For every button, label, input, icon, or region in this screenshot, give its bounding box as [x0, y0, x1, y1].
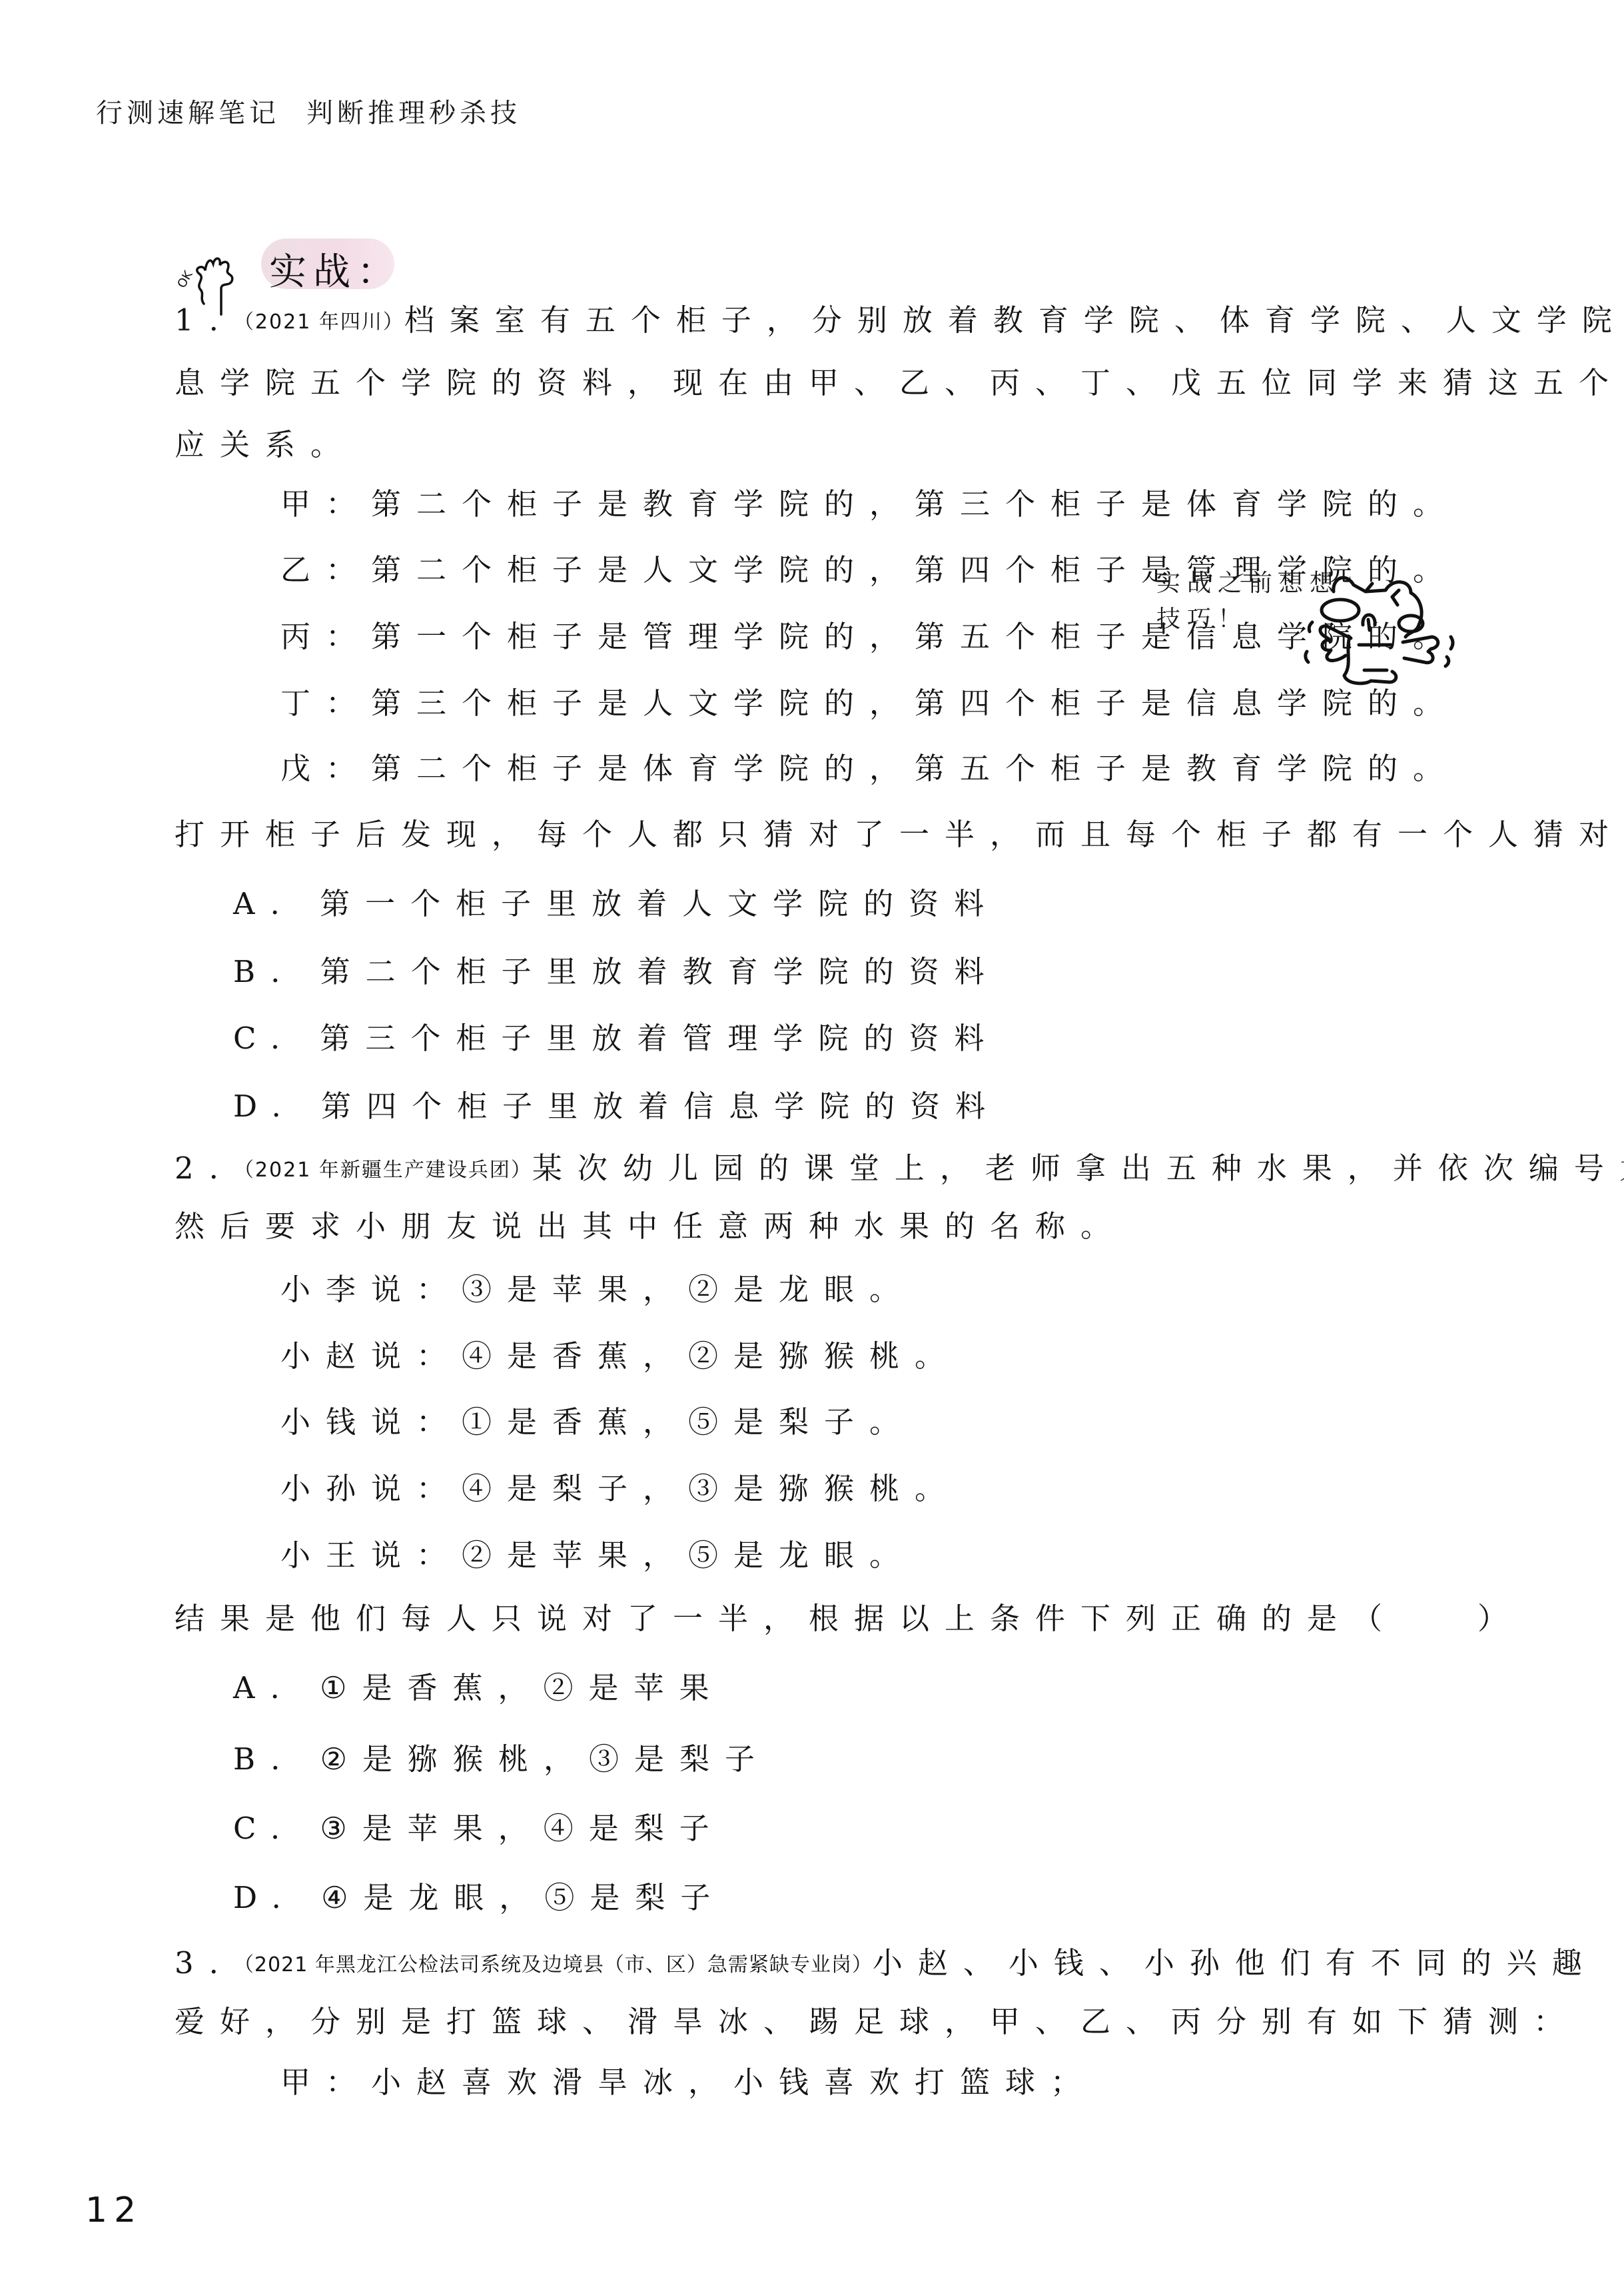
q3-number: 3.	[175, 1945, 234, 1981]
q1-statement: 戊：第二个柜子是体育学院的，第五个柜子是教育学院的。	[280, 753, 1458, 783]
q2-source: （2021 年新疆生产建设兵团）	[234, 1158, 532, 1182]
q1-option-c[interactable]: C. 第三个柜子里放着管理学院的资料	[233, 1023, 999, 1053]
q1-option-b[interactable]: B. 第二个柜子里放着教育学院的资料	[233, 957, 1000, 987]
q2-option-d[interactable]: D. ④是龙眼，⑤是梨子	[233, 1883, 725, 1913]
q2-statement: 小赵说：④是香蕉，②是猕猴桃。	[280, 1341, 960, 1371]
q1-option-a[interactable]: A. 第一个柜子里放着人文学院的资料	[233, 889, 999, 919]
q3-stem-line-1: 3.（2021 年黑龙江公检法司系统及边境县（市、区）急需紧缺专业岗）小赵、小钱…	[175, 1948, 1597, 1978]
q2-option-a[interactable]: A. ①是香蕉，②是苹果	[233, 1673, 724, 1703]
section-title: 实战：	[269, 242, 401, 296]
q2-prompt: 结果是他们每人只说对了一半，根据以上条件下列正确的是（）	[175, 1603, 1523, 1633]
q2-stem-line-1: 2.（2021 年新疆生产建设兵团）某次幼儿园的课堂上，老师拿出五种水果，并依次…	[175, 1153, 1624, 1183]
q1-stem-line-2: 息学院五个学院的资料，现在由甲、乙、丙、丁、戊五位同学来猜这五个柜子和五个学院的…	[175, 368, 1624, 398]
q2-statement: 小孙说：④是梨子，③是猕猴桃。	[280, 1474, 960, 1504]
svg-text:OK: OK	[175, 268, 196, 290]
q1-statement: 丁：第三个柜子是人文学院的，第四个柜子是信息学院的。	[280, 688, 1458, 718]
q1-option-d[interactable]: D. 第四个柜子里放着信息学院的资料	[233, 1091, 1001, 1121]
q1-prompt: 打开柜子后发现，每个人都只猜对了一半，而且每个柜子都有一个人猜对。由此可以推出（…	[175, 819, 1624, 849]
q1-statement: 丙：第一个柜子是管理学院的，第五个柜子是信息学院的。	[280, 622, 1458, 652]
q2-option-b[interactable]: B. ②是猕猴桃，③是梨子	[233, 1744, 770, 1774]
q1-number: 1.	[175, 302, 234, 338]
q2-statement: 小钱说：①是香蕉，⑤是梨子。	[280, 1407, 915, 1437]
q2-statement: 小李说：③是苹果，②是龙眼。	[280, 1274, 915, 1304]
mascot-illustration-icon	[1292, 558, 1465, 691]
q1-stem-line-1: 1.（2021 年四川）档案室有五个柜子，分别放着教育学院、体育学院、人文学院、…	[175, 305, 1624, 335]
running-header: 行测速解笔记判断推理秒杀技	[96, 92, 521, 130]
page-number: 12	[85, 2190, 143, 2230]
q3-stem-line-2: 爱好，分别是打篮球、滑旱冰、踢足球，甲、乙、丙分别有如下猜测：	[175, 2007, 1579, 2037]
q2-statement: 小王说：②是苹果，⑤是龙眼。	[280, 1540, 915, 1570]
q3-statement: 甲：小赵喜欢滑旱冰，小钱喜欢打篮球；	[280, 2067, 1096, 2097]
tip-line-2: 技巧！	[1156, 608, 1248, 632]
q2-option-c[interactable]: C. ③是苹果，④是梨子	[233, 1813, 725, 1843]
q1-statement: 甲：第二个柜子是教育学院的，第三个柜子是体育学院的。	[280, 489, 1458, 519]
q2-number: 2.	[175, 1150, 234, 1186]
chapter-title: 判断推理秒杀技	[306, 98, 521, 129]
q3-source: （2021 年黑龙江公检法司系统及边境县（市、区）急需紧缺专业岗）	[234, 1953, 873, 1977]
book-title: 行测速解笔记	[96, 98, 280, 129]
q1-stem-line-3: 应关系。	[175, 430, 356, 460]
q2-stem-line-2: 然后要求小朋友说出其中任意两种水果的名称。	[175, 1211, 1126, 1241]
q1-source: （2021 年四川）	[234, 310, 404, 334]
